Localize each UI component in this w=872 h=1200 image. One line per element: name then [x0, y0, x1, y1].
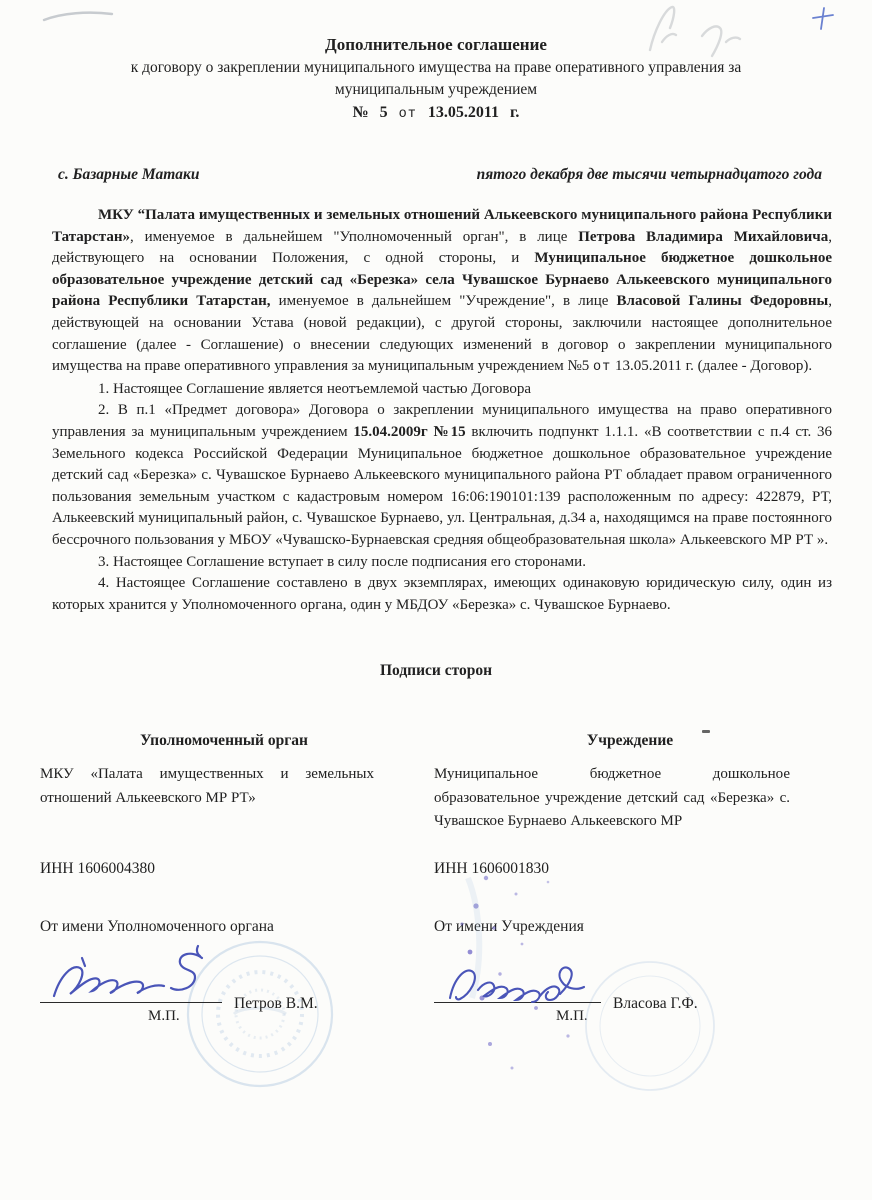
signature-line-left	[40, 944, 222, 1003]
right-signature-block: Власова Г.Ф. М.П.	[434, 944, 826, 1025]
left-signature-block: Петров В.М. М.П.	[40, 944, 408, 1025]
scanned-document-page: Дополнительное соглашение к договору о з…	[0, 0, 872, 1200]
right-signer-name: Власова Г.Ф.	[613, 995, 698, 1013]
left-signer-name: Петров В.М.	[234, 995, 318, 1013]
agreement-item-1: 1. Настоящее Соглашение является неотъем…	[52, 379, 832, 401]
doc-number-line: № 5 от 13.05.2011 г.	[0, 104, 872, 122]
left-party-heading: Уполномоченный орган	[40, 732, 408, 750]
signature-row: Петров В.М. М.П.	[40, 944, 826, 1025]
agreement-item-2: 2. В п.1 «Предмет договора» Договора о з…	[52, 400, 832, 551]
right-on-behalf: От имени Учреждения	[434, 918, 826, 936]
preamble-paragraph: МКУ “Палата имущественных и земельных от…	[52, 205, 832, 379]
vlasova-signature-handwriting	[436, 954, 616, 1008]
petrov-signature-handwriting	[42, 942, 242, 1008]
agreement-item-4: 4. Настоящее Соглашение составлено в дву…	[52, 573, 832, 616]
right-party-heading: Учреждение	[434, 732, 826, 750]
signature-line-right	[434, 944, 601, 1003]
right-inn: ИНН 1606001830	[434, 860, 826, 878]
right-org-name: Муниципальное бюджетное дошкольное образ…	[434, 763, 790, 834]
doc-subtitle: к договору о закреплении муниципального …	[105, 57, 767, 100]
signatures-heading: Подписи сторон	[0, 662, 872, 680]
agreement-item-3: 3. Настоящее Соглашение вступает в силу …	[52, 552, 832, 574]
agreement-body: МКУ “Палата имущественных и земельных от…	[52, 205, 832, 616]
date-words: пятого декабря две тысячи четырнадцатого…	[477, 166, 822, 184]
left-org-name: МКУ «Палата имущественных и земельных от…	[40, 763, 374, 834]
dash-mark	[702, 730, 710, 733]
place-date-row: с. Базарные Матаки пятого декабря две ты…	[58, 166, 822, 184]
place-label: с. Базарные Матаки	[58, 166, 199, 184]
doc-title: Дополнительное соглашение	[0, 34, 872, 56]
signature-columns: Уполномоченный орган Учреждение МКУ «Пал…	[40, 732, 826, 936]
left-inn: ИНН 1606004380	[40, 860, 408, 878]
left-on-behalf: От имени Уполномоченного органа	[40, 918, 408, 936]
document-header: Дополнительное соглашение к договору о з…	[0, 0, 872, 122]
